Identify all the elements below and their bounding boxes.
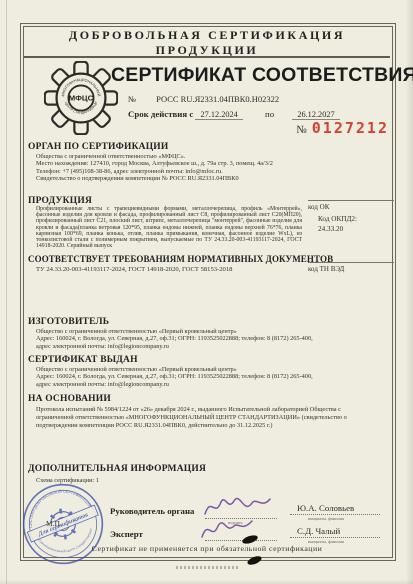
basis-heading: НА ОСНОВАНИИ bbox=[28, 394, 111, 404]
validity-from-date: 27.12.2024 bbox=[195, 110, 242, 120]
manufacturer-line: Адрес: 160024, г. Вологда, ул. Северная,… bbox=[36, 335, 381, 342]
issued-to-body: Общество с ограниченной ответственностью… bbox=[36, 366, 381, 388]
stamp-place-label: М.П. bbox=[46, 519, 62, 528]
print-note bbox=[176, 566, 238, 569]
scan-edge-bottom bbox=[0, 579, 413, 584]
head-name-line bbox=[290, 514, 380, 515]
logo-center-text: МФЦС bbox=[69, 94, 94, 103]
number-sign: № bbox=[128, 94, 136, 104]
manufacturer-line: Общество с ограниченной ответственностью… bbox=[36, 328, 381, 335]
code-ok-label: код ОК bbox=[308, 203, 329, 211]
basis-text: Протокола испытаний № 5984/1224 от «26» … bbox=[36, 406, 376, 430]
org-body: Общества с ограниченной ответственностью… bbox=[36, 153, 371, 183]
issued-to-line: адрес электронной почты: info@legioncomp… bbox=[36, 381, 381, 388]
code-tnved-label: код ТН ВЭД bbox=[308, 265, 344, 273]
org-line: Общества с ограниченной ответственностью… bbox=[36, 153, 371, 160]
issued-to-line: Общество с ограниченной ответственностью… bbox=[36, 366, 381, 373]
mfcs-gear-logo: МНОГОФУНКЦИОНАЛЬНЫЙ ЦЕНТР СТАНДАРТИЗАЦИИ… bbox=[44, 61, 118, 135]
compliance-heading: СООТВЕТСТВУЕТ ТРЕБОВАНИЯМ НОРМАТИВНЫХ ДО… bbox=[28, 254, 333, 264]
head-signature bbox=[202, 492, 274, 520]
certificate-scan: { "banner": "ДОБРОВОЛЬНАЯ СЕРТИФИКАЦИЯ П… bbox=[0, 0, 413, 584]
code-tnved-box: код ТН ВЭД bbox=[308, 262, 394, 273]
okpd2-value: 24.33.20 bbox=[318, 225, 343, 233]
form-number-sign: № bbox=[296, 124, 307, 136]
issued-to-line: Адрес: 160024, г. Вологда, ул. Северная,… bbox=[36, 373, 381, 380]
expert-role-label: Эксперт bbox=[110, 529, 143, 539]
manufacturer-line: адрес электронной почты: info@legioncomp… bbox=[36, 343, 381, 350]
issued-to-heading: СЕРТИФИКАТ ВЫДАН bbox=[28, 355, 138, 365]
okpd2-label: Код ОКПД2: bbox=[318, 215, 357, 223]
form-number-row: №0127212 bbox=[296, 119, 389, 138]
footer-note: Сертификат не применяется при обязательн… bbox=[20, 544, 394, 553]
certificate-title: СЕРТИФИКАТ СООТВЕТСТВИЯ bbox=[111, 64, 413, 87]
product-heading: ПРОДУКЦИЯ bbox=[28, 196, 92, 206]
head-name-caption: инициалы, фамилия bbox=[308, 516, 344, 521]
org-line: Свидетельство о подтверждении компетенци… bbox=[36, 175, 371, 182]
expert-signature-line bbox=[205, 540, 277, 541]
head-name: Ю.А. Соловьев bbox=[297, 503, 354, 513]
product-description: Профилированные листы с трапециевидными … bbox=[36, 206, 302, 249]
extra-heading: ДОПОЛНИТЕЛЬНАЯ ИНФОРМАЦИЯ bbox=[28, 464, 206, 474]
certificate-number: РОСС RU.Я2331.04ПВК0.Н02322 bbox=[156, 94, 279, 104]
org-heading: ОРГАН ПО СЕРТИФИКАЦИИ bbox=[28, 142, 169, 152]
manufacturer-body: Общество с ограниченной ответственностью… bbox=[36, 328, 381, 350]
head-role-label: Руководитель органа bbox=[110, 506, 194, 516]
stamp-banner-text: Для сертификатов bbox=[36, 511, 89, 538]
validity-to-label: по bbox=[265, 109, 274, 119]
certificate-number-row: №РОСС RU.Я2331.04ПВК0.Н02322 bbox=[128, 94, 279, 104]
scan-edge-right bbox=[406, 0, 413, 584]
compliance-text: ТУ 24.33.20-003-41193117-2024, ГОСТ 1491… bbox=[36, 266, 301, 273]
top-banner: ДОБРОВОЛЬНАЯ СЕРТИФИКАЦИЯ ПРОДУКЦИИ bbox=[20, 28, 394, 58]
org-line: Место нахождения: 127410, город Москва, … bbox=[36, 160, 371, 167]
org-line: Телефон: +7 (495)108-38-86, адрес электр… bbox=[36, 168, 371, 175]
header-divider bbox=[24, 56, 390, 58]
validity-row: Срок действия с 27.12.2024 по 26.12.2027 bbox=[128, 109, 340, 119]
code-ok-box: код ОК bbox=[308, 200, 394, 211]
expert-name: С.Д. Чалый bbox=[297, 526, 340, 536]
form-number-value: 0127212 bbox=[312, 119, 389, 137]
scan-edge-left bbox=[6, 0, 7, 584]
validity-label: Срок действия с bbox=[128, 109, 193, 119]
expert-name-line bbox=[290, 537, 380, 538]
manufacturer-heading: ИЗГОТОВИТЕЛЬ bbox=[28, 317, 109, 327]
certification-stamp: СИСТЕМА ДОБРОВОЛЬНОЙ СЕРТИФИКАЦИИ МНОГОФ… bbox=[16, 477, 111, 572]
